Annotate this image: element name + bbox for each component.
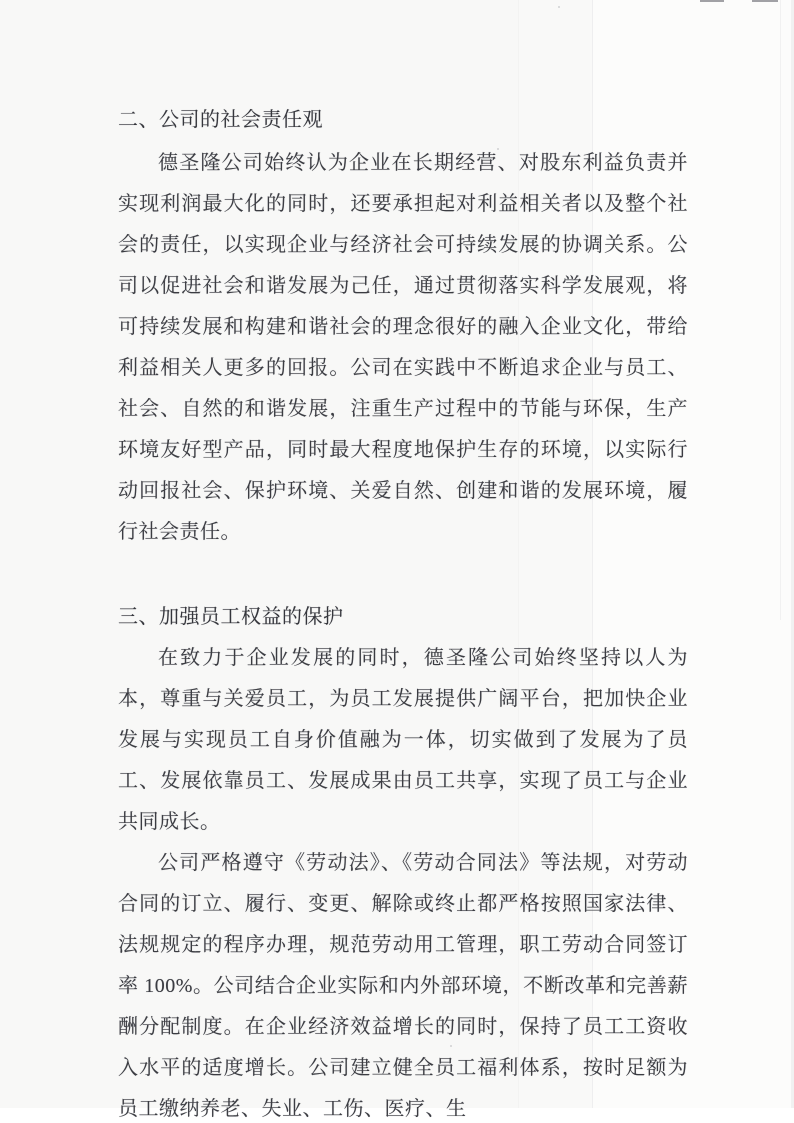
document-page: 二、公司的社会责任观 德圣隆公司始终认为企业在长期经营、对股东利益负责并实现利润… bbox=[0, 0, 794, 1123]
section-heading-social-responsibility: 二、公司的社会责任观 bbox=[118, 100, 688, 141]
document-content: 二、公司的社会责任观 德圣隆公司始终认为企业在长期经营、对股东利益负责并实现利润… bbox=[118, 0, 688, 1123]
paragraph-social-responsibility: 德圣隆公司始终认为企业在长期经营、对股东利益负责并实现利润最大化的同时，还要承担… bbox=[118, 143, 688, 553]
paragraph-labor-law-compliance: 公司严格遵守《劳动法》、《劳动合同法》等法规，对劳动合同的订立、履行、变更、解除… bbox=[118, 843, 688, 1123]
scan-streak bbox=[780, 0, 781, 620]
scan-top-mark bbox=[700, 0, 724, 2]
scan-top-mark bbox=[752, 0, 778, 2]
section-heading-employee-rights: 三、加强员工权益的保护 bbox=[118, 597, 688, 638]
paragraph-employee-development: 在致力于企业发展的同时，德圣隆公司始终坚持以人为本，尊重与关爱员工，为员工发展提… bbox=[118, 638, 688, 843]
